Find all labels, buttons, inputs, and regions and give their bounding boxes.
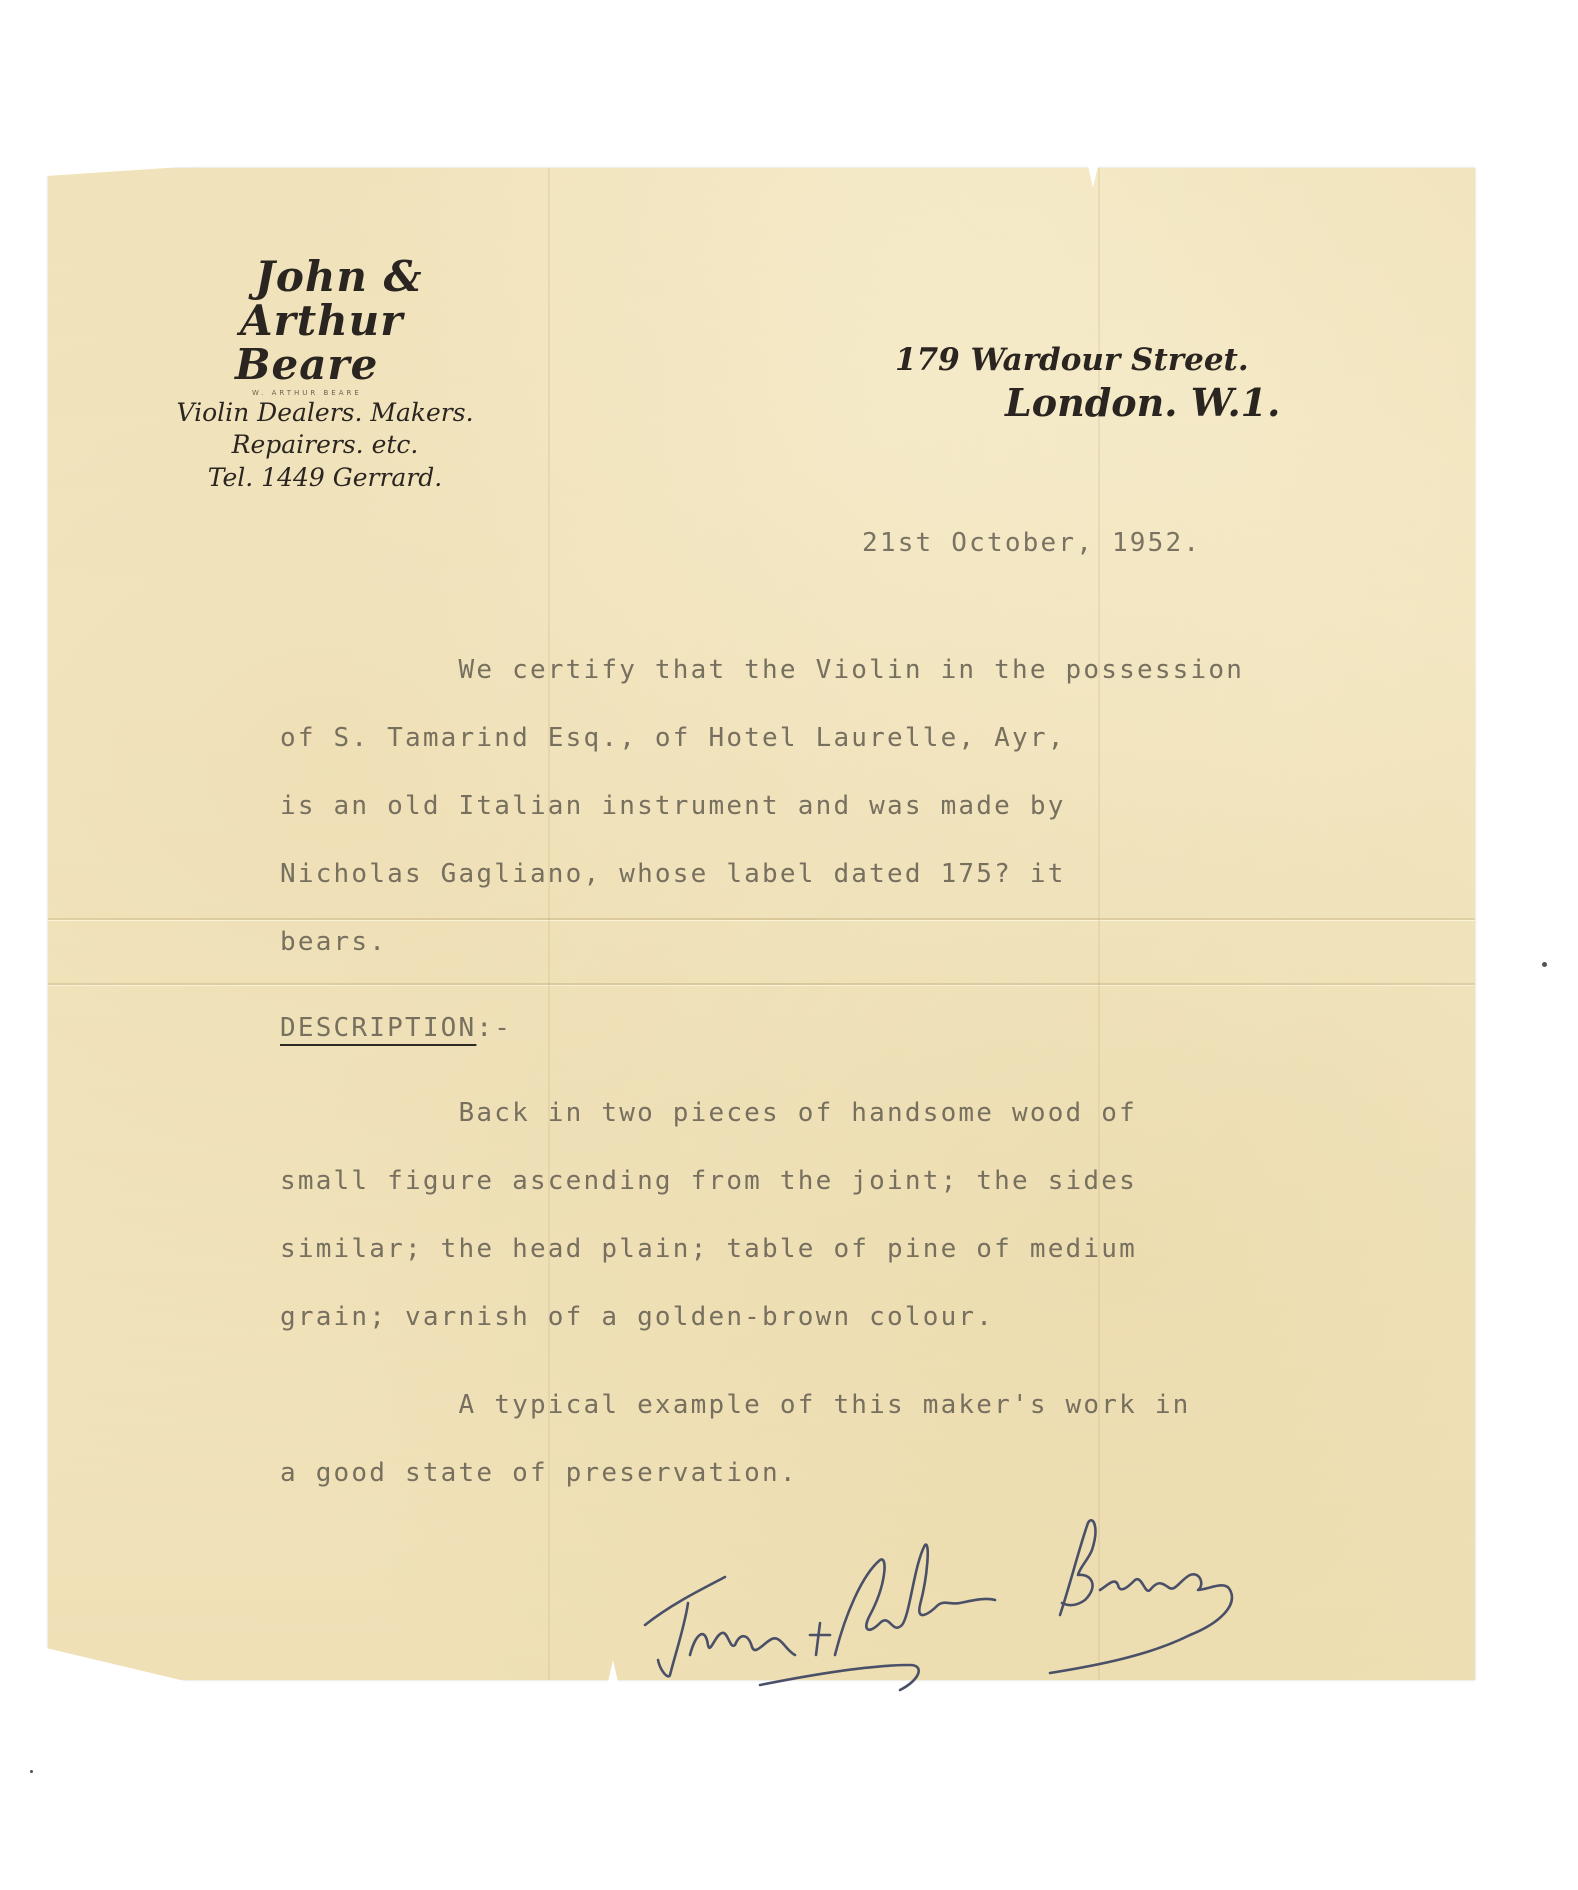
- address-street: 179 Wardour Street.: [895, 340, 1280, 380]
- description-line: small figure ascending from the joint; t…: [280, 1166, 1137, 1196]
- letter-date: 21st October, 1952.: [862, 528, 1201, 558]
- letterhead: John & Arthur Beare W. ARTHUR BEARE Viol…: [140, 255, 510, 495]
- firm-name-line3: Beare: [235, 343, 510, 387]
- description-line: similar; the head plain; table of pine o…: [280, 1234, 1137, 1264]
- closing-line: a good state of preservation.: [280, 1458, 798, 1488]
- trade-description: Violin Dealers. Makers.: [140, 397, 510, 429]
- firm-subtitle: W. ARTHUR BEARE: [252, 389, 510, 397]
- handwritten-signature: John & Arthur Beare: [630, 1505, 1450, 1705]
- trade-description-2: Repairers. etc.: [140, 429, 510, 461]
- paper-tear: [608, 1660, 618, 1682]
- paper-tear: [46, 164, 226, 176]
- paper-tear: [46, 1648, 306, 1682]
- closing-line: A typical example of this maker's work i…: [280, 1390, 1191, 1420]
- body-line: We certify that the Violin in the posses…: [280, 655, 1244, 685]
- fold-line: [48, 983, 1475, 985]
- paper-tear: [1088, 166, 1098, 188]
- firm-name-line2: Arthur: [240, 299, 510, 343]
- telephone: Tel. 1449 Gerrard.: [140, 461, 510, 495]
- fold-line: [48, 918, 1475, 920]
- body-line: is an old Italian instrument and was mad…: [280, 791, 1066, 821]
- description-heading-text: DESCRIPTION: [280, 1013, 476, 1043]
- address-city: London. W.1.: [895, 380, 1280, 426]
- description-line: Back in two pieces of handsome wood of: [280, 1098, 1137, 1128]
- body-line: bears.: [280, 927, 387, 957]
- stray-mark: [1542, 962, 1547, 967]
- description-line: grain; varnish of a golden-brown colour.: [280, 1302, 994, 1332]
- stray-mark: [30, 1770, 33, 1773]
- body-line: Nicholas Gagliano, whose label dated 175…: [280, 859, 1066, 889]
- description-heading: DESCRIPTION:-: [280, 1013, 512, 1043]
- address-block: 179 Wardour Street. London. W.1.: [895, 340, 1280, 426]
- firm-name-line1: John &: [235, 255, 510, 299]
- body-line: of S. Tamarind Esq., of Hotel Laurelle, …: [280, 723, 1066, 753]
- fold-line-vertical: [548, 168, 550, 1680]
- description-heading-suffix: :-: [476, 1013, 512, 1043]
